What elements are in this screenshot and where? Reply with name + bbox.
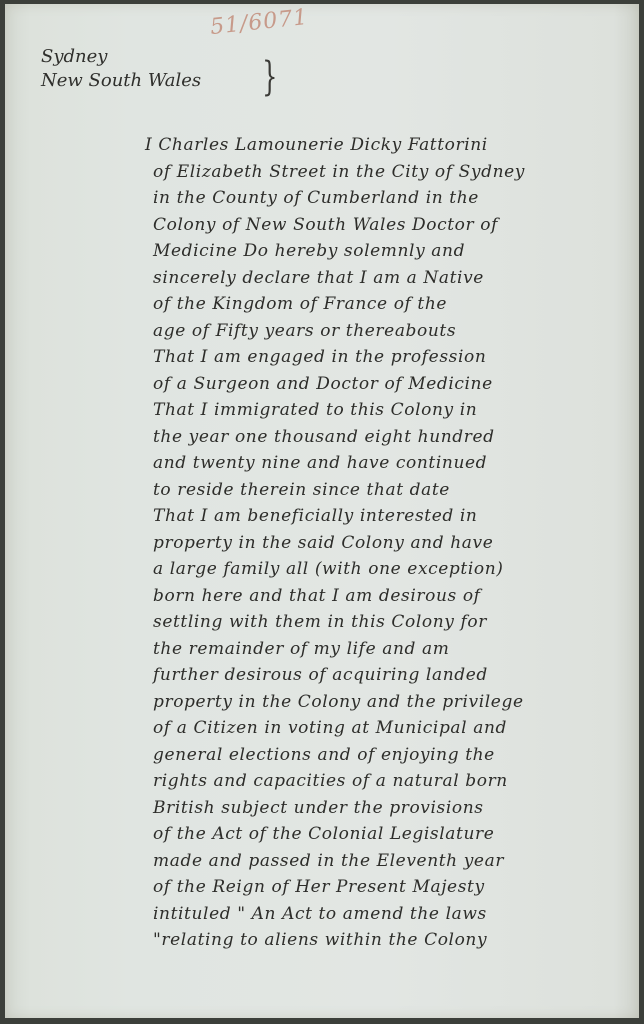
text-line: of the Act of the Colonial Legislature	[145, 821, 640, 848]
brace-mark: }	[262, 54, 277, 100]
text-line: and twenty nine and have continued	[145, 450, 640, 477]
text-line: age of Fifty years or thereabouts	[145, 318, 640, 345]
text-line: of a Surgeon and Doctor of Medicine	[145, 371, 640, 398]
text-line: That I immigrated to this Colony in	[145, 397, 640, 424]
text-line: "relating to aliens within the Colony	[145, 927, 640, 954]
document-page: 51/6071 Sydney New South Wales } I Charl…	[5, 4, 639, 1018]
text-line: intituled " An Act to amend the laws	[145, 901, 640, 928]
reference-number: 51/6071	[209, 5, 309, 40]
text-line: to reside therein since that date	[145, 477, 640, 504]
text-line: born here and that I am desirous of	[145, 583, 640, 610]
text-line: British subject under the provisions	[145, 795, 640, 822]
text-line: general elections and of enjoying the	[145, 742, 640, 769]
declaration-body: I Charles Lamounerie Dicky Fattorini of …	[145, 132, 640, 954]
text-line: rights and capacities of a natural born	[145, 768, 640, 795]
text-line: of Elizabeth Street in the City of Sydne…	[145, 159, 640, 186]
place-heading-city: Sydney	[41, 46, 107, 67]
text-line: of the Reign of Her Present Majesty	[145, 874, 640, 901]
text-line: I Charles Lamounerie Dicky Fattorini	[145, 132, 640, 159]
text-line: sincerely declare that I am a Native	[145, 265, 640, 292]
text-line: property in the said Colony and have	[145, 530, 640, 557]
text-line: of a Citizen in voting at Municipal and	[145, 715, 640, 742]
text-line: the remainder of my life and am	[145, 636, 640, 663]
text-line: That I am engaged in the profession	[145, 344, 640, 371]
text-line: made and passed in the Eleventh year	[145, 848, 640, 875]
text-line: a large family all (with one exception)	[145, 556, 640, 583]
text-line: of the Kingdom of France of the	[145, 291, 640, 318]
text-line: property in the Colony and the privilege	[145, 689, 640, 716]
text-line: That I am beneficially interested in	[145, 503, 640, 530]
text-line: Colony of New South Wales Doctor of	[145, 212, 640, 239]
text-line: the year one thousand eight hundred	[145, 424, 640, 451]
text-line: further desirous of acquiring landed	[145, 662, 640, 689]
text-line: settling with them in this Colony for	[145, 609, 640, 636]
place-heading-colony: New South Wales	[41, 70, 201, 91]
text-line: Medicine Do hereby solemnly and	[145, 238, 640, 265]
text-line: in the County of Cumberland in the	[145, 185, 640, 212]
